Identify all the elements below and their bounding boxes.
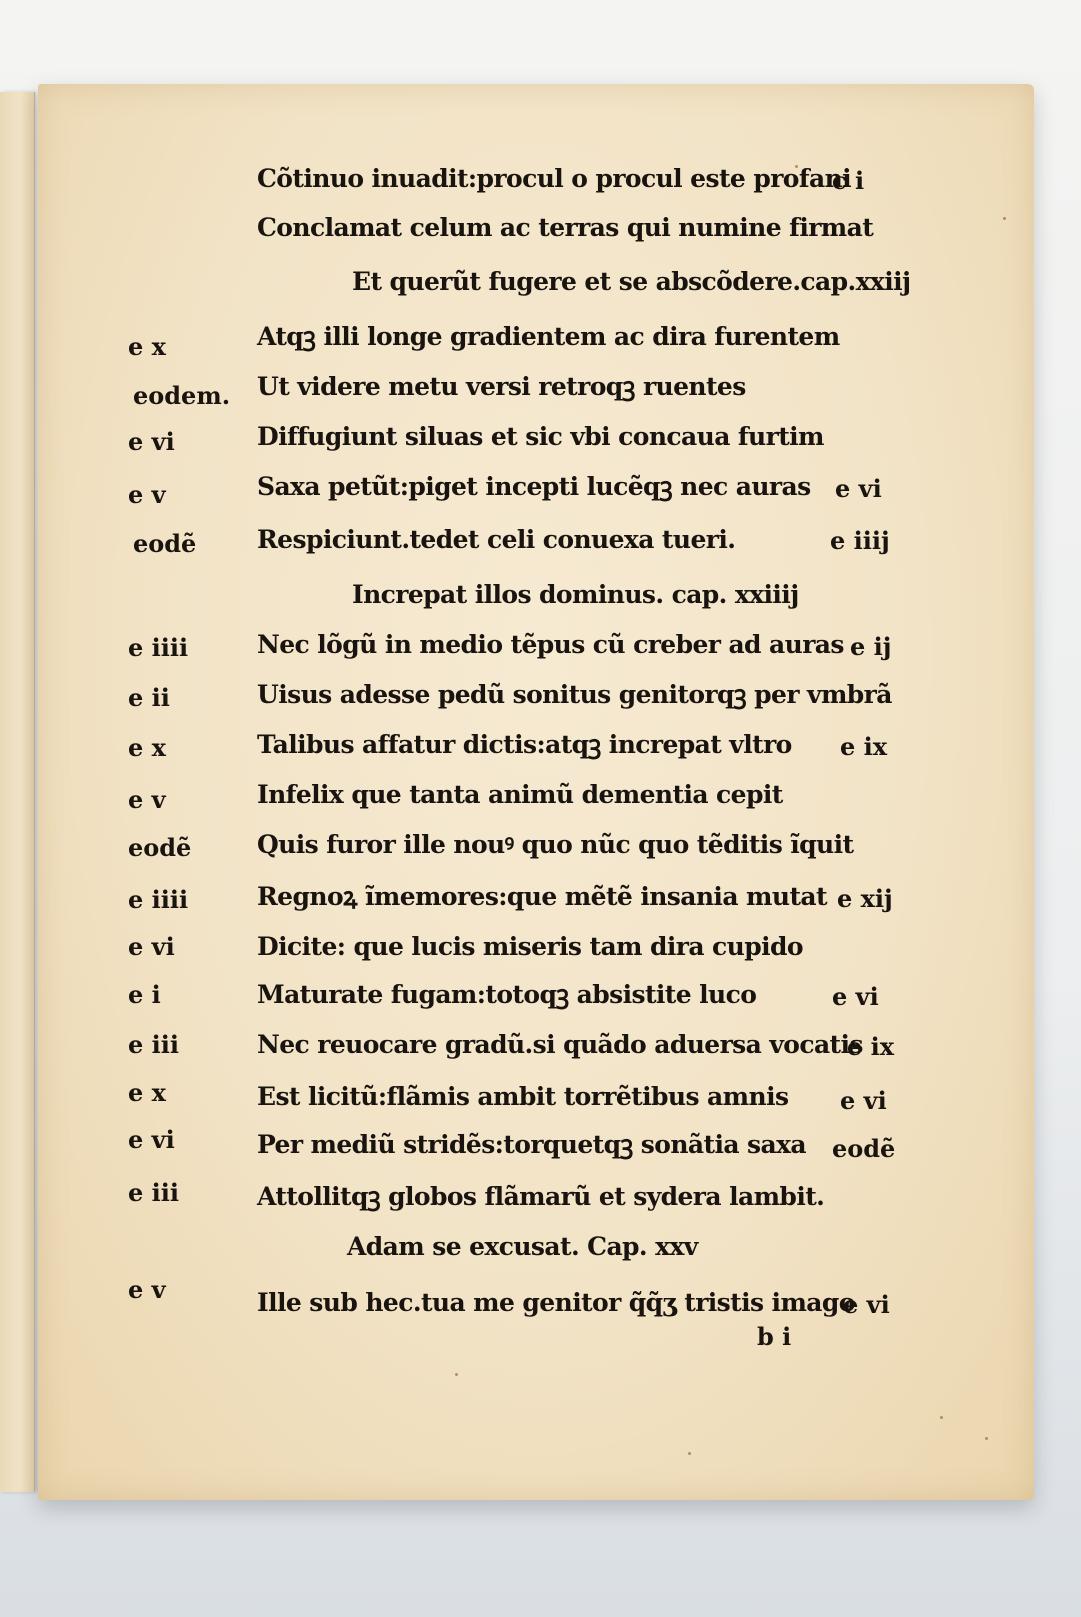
text-line: Nec reuocare gradũ.si quãdo aduersa voca… <box>257 1030 863 1060</box>
text-line: Atqꝫ illi longe gradientem ac dira furen… <box>257 322 840 352</box>
text-line: Infelix que tanta animũ dementia cepit <box>257 780 783 810</box>
text-line: Est licitũ:flãmis ambit torrẽtibus amnis <box>257 1082 788 1112</box>
text-line: Quis furor ille nouꝰ quo nũc quo tẽditis… <box>257 830 853 860</box>
right-margin-note: eodẽ <box>832 1134 895 1164</box>
chapter-heading: Adam se excusat. Cap. xxv <box>347 1232 698 1262</box>
foxing-speck <box>1003 217 1006 220</box>
right-margin-note: e vi <box>840 1086 887 1116</box>
left-margin-note: e x <box>128 332 166 362</box>
signature-mark: b i <box>757 1322 791 1352</box>
text-line: Nec lõgũ in medio tẽpus cũ creber ad aur… <box>257 630 844 660</box>
left-margin-note: e x <box>128 733 166 763</box>
chapter-heading: Et querũt fugere et se abscõdere.cap.xxi… <box>352 267 910 297</box>
foxing-speck <box>455 1373 458 1376</box>
text-line: Regnoꝝ ĩmemores:que mẽtẽ insania mutat <box>257 882 827 912</box>
right-margin-note: c i <box>832 166 864 196</box>
text-line: Cõtinuo inuadit:procul o procul este pro… <box>257 164 851 194</box>
right-margin-note: e vi <box>832 982 879 1012</box>
text-line: Attollitqꝫ globos flãmarũ et sydera lamb… <box>257 1182 824 1212</box>
left-margin-note: e v <box>128 785 166 815</box>
left-margin-note: e vi <box>128 1125 175 1155</box>
text-line: Saxa petũt:piget incepti lucẽqꝫ nec aura… <box>257 472 811 502</box>
left-margin-note: e x <box>128 1078 166 1108</box>
left-margin-note: e vi <box>128 427 175 457</box>
left-margin-note: e iii <box>128 1178 179 1208</box>
text-line: Ille sub hec.tua me genitor q̃q̃ʒ tristi… <box>257 1288 855 1318</box>
text-line: Conclamat celum ac terras qui numine fir… <box>257 213 873 243</box>
foxing-speck <box>940 1416 943 1419</box>
right-margin-note: e vi <box>843 1290 890 1320</box>
left-margin-note: e iiii <box>128 885 188 915</box>
left-margin-note: e v <box>128 480 166 510</box>
text-line: Uisus adesse pedũ sonitus genitorqꝫ per … <box>257 680 892 710</box>
right-margin-note: e iiij <box>830 526 890 556</box>
left-margin-note: e i <box>128 980 161 1010</box>
right-margin-note: e vi <box>835 474 882 504</box>
left-margin-note: e iii <box>128 1030 179 1060</box>
text-line: Diffugiunt siluas et sic vbi concaua fur… <box>257 422 824 452</box>
left-margin-note: eodẽ <box>128 833 191 863</box>
left-margin-note: e vi <box>128 932 175 962</box>
text-line: Ut videre metu versi retroqꝫ ruentes <box>257 372 746 402</box>
right-margin-note: e ix <box>840 732 887 762</box>
left-margin-note: e iiii <box>128 633 188 663</box>
right-margin-note: e ij <box>850 632 891 662</box>
text-line: Maturate fugam:totoqꝫ absistite luco <box>257 980 756 1010</box>
right-margin-note: e ix <box>847 1032 894 1062</box>
chapter-heading: Increpat illos dominus. cap. xxiiij <box>352 580 799 610</box>
text-line: Per mediũ stridẽs:torquetqꝫ sonãtia saxa <box>257 1130 806 1160</box>
foxing-speck <box>795 165 798 168</box>
foxing-speck <box>985 1437 988 1440</box>
left-margin-note: eodẽ <box>133 529 196 559</box>
foxing-speck <box>688 1452 691 1455</box>
right-margin-note: e xij <box>837 884 893 914</box>
facing-page-edge <box>0 92 35 1492</box>
text-line: Respiciunt.tedet celi conuexa tueri. <box>257 525 735 555</box>
text-line: Dicite: que lucis miseris tam dira cupid… <box>257 932 803 962</box>
left-margin-note: e v <box>128 1275 166 1305</box>
text-line: Talibus affatur dictis:atqꝫ increpat vlt… <box>257 730 792 760</box>
left-margin-note: e ii <box>128 683 170 713</box>
left-margin-note: eodem. <box>133 381 230 411</box>
